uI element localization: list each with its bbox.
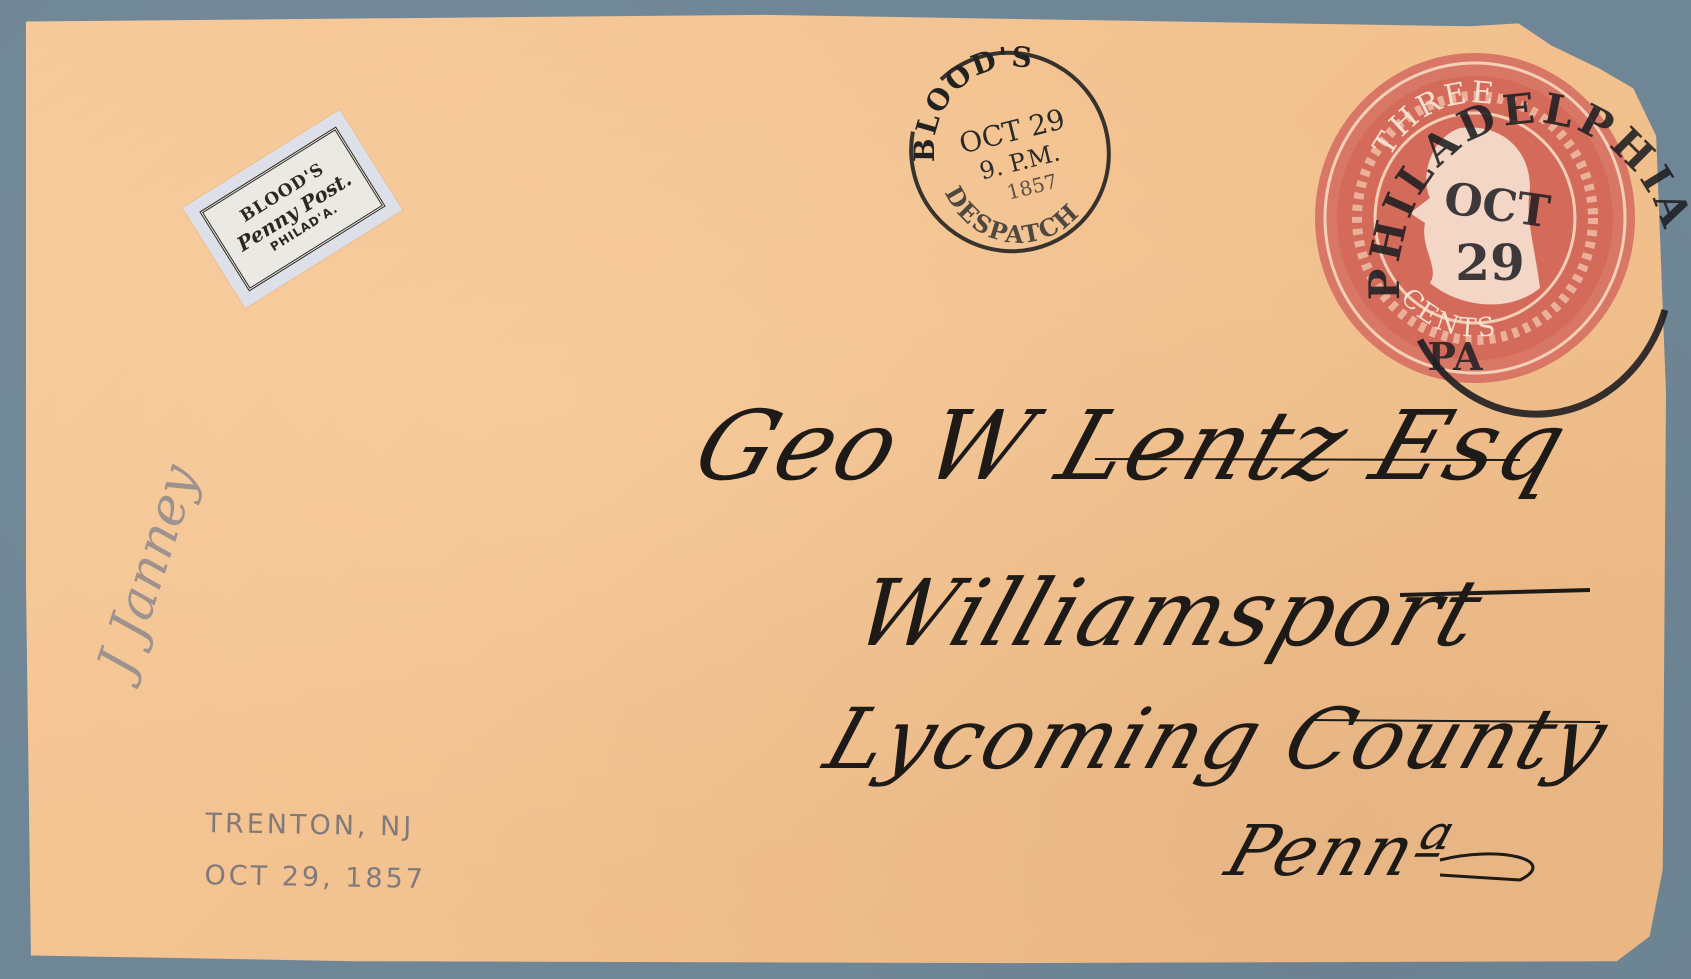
handwritten-address: Geo W Lentz Esq Williamsport Lycoming Co… (0, 0, 1691, 979)
address-line-2: Williamsport (843, 560, 1497, 667)
address-line-3: Lycoming County (814, 690, 1621, 788)
address-line-4: Pennª (1217, 810, 1462, 892)
address-line-1: Geo W Lentz Esq (682, 390, 1582, 502)
